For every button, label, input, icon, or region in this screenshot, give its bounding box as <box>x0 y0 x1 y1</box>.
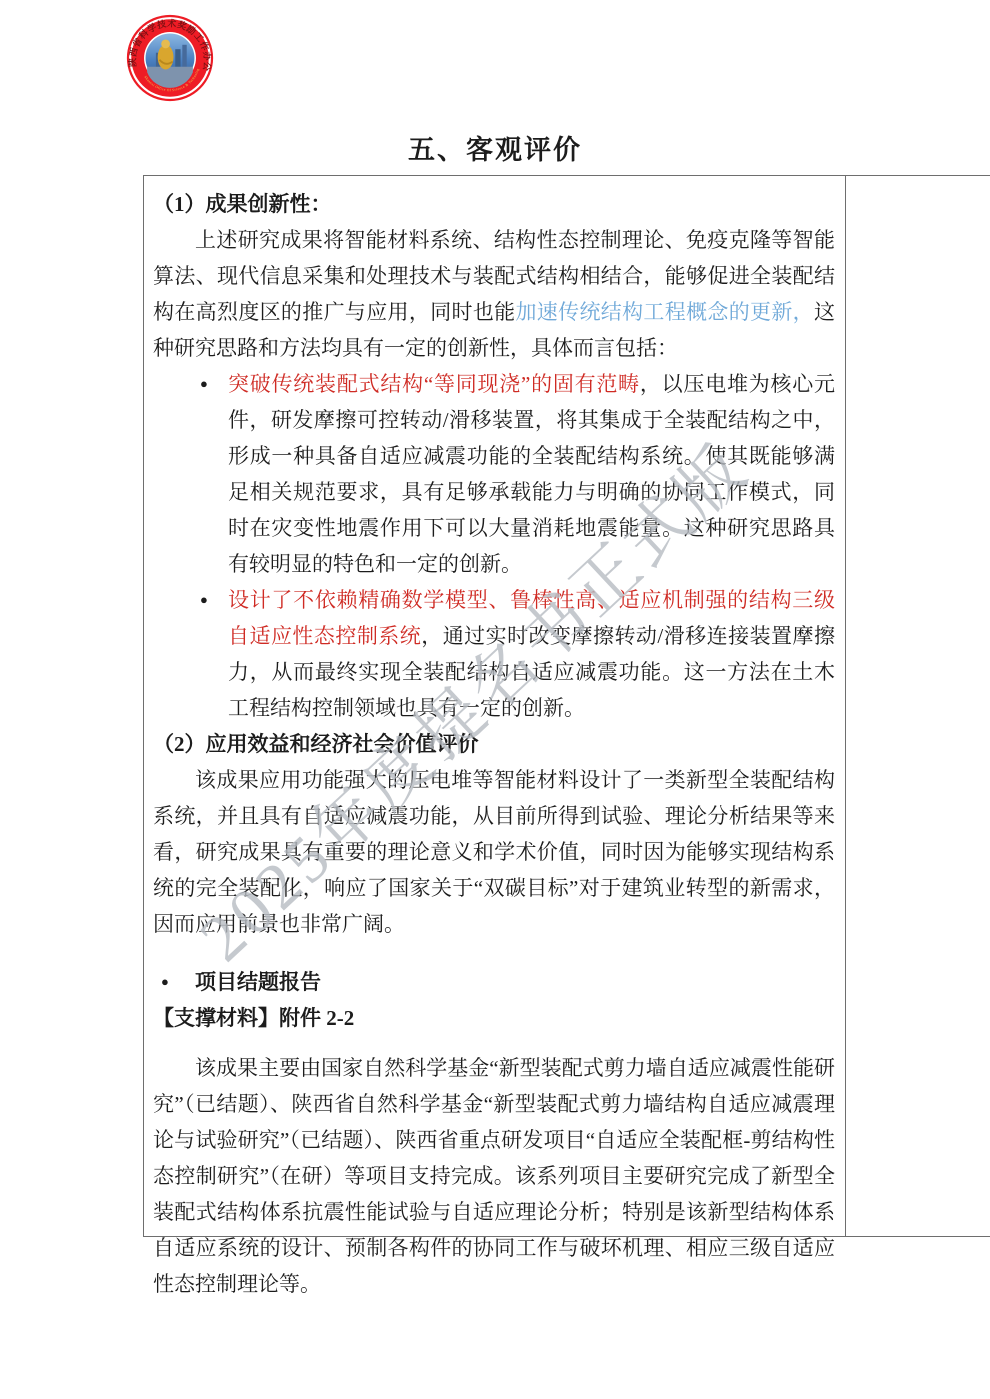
evaluation-table: （1）成果创新性： 上述研究成果将智能材料系统、结构性态控制理论、免疫克隆等智能… <box>143 175 990 1237</box>
page-title: 五、客观评价 <box>0 128 990 167</box>
seal-statue-head <box>161 40 170 49</box>
seal-statue <box>158 45 174 70</box>
support-material-label: 【支撑材料】附件 2-2 <box>153 1000 835 1036</box>
seal-building <box>175 49 180 68</box>
text-run: 突破传统装配式结构“等同现浇”的固有范畴 <box>228 372 640 396</box>
report-heading-label: 项目结题报告 <box>195 970 321 994</box>
innovation-bullet-2-text: 设计了不依赖精确数学模型、鲁棒性高、适应机制强的结构三级自适应性态控制系统，通过… <box>228 582 835 726</box>
text-run: 加速传统结构工程概念的更新， <box>515 300 814 324</box>
section2-heading: （2）应用效益和经济社会价值评价 <box>153 726 835 762</box>
org-seal: 陕西省科学技术奖励工作办公室 Shaanxi Office Of Science… <box>126 14 214 102</box>
text-run: ，以压电堆为核心元件，研发摩擦可控转动/滑移装置，将其集成于全装配结构之中，形成… <box>228 372 835 576</box>
section1-intro-paragraph: 上述研究成果将智能材料系统、结构性态控制理论、免疫克隆等智能算法、现代信息采集和… <box>153 222 835 366</box>
bullet-icon: ● <box>161 964 169 1000</box>
innovation-bullet-1-text: 突破传统装配式结构“等同现浇”的固有范畴，以压电堆为核心元件，研发摩擦可控转动/… <box>228 366 835 582</box>
bullet-icon: ● <box>200 582 208 618</box>
bullet-icon: ● <box>200 366 208 402</box>
seal-building <box>182 45 186 69</box>
innovation-bullet-1: ● 突破传统装配式结构“等同现浇”的固有范畴，以压电堆为核心元件，研发摩擦可控转… <box>153 366 835 582</box>
innovation-bullet-2: ● 设计了不依赖精确数学模型、鲁棒性高、适应机制强的结构三级自适应性态控制系统，… <box>153 582 835 726</box>
org-seal-graphic: 陕西省科学技术奖励工作办公室 Shaanxi Office Of Science… <box>126 14 214 102</box>
section1-heading: （1）成果创新性： <box>153 186 835 222</box>
section2-paragraph: 该成果应用功能强大的压电堆等智能材料设计了一类新型全装配结构系统，并且具有自适应… <box>153 762 835 942</box>
document-page: 陕西省科学技术奖励工作办公室 Shaanxi Office Of Science… <box>0 0 990 1399</box>
report-paragraph: 该成果主要由国家自然科学基金“新型装配式剪力墙自适应减震性能研究”（已结题）、陕… <box>153 1050 835 1302</box>
empty-side-cell <box>846 176 990 1236</box>
report-bullet-heading: ● 项目结题报告 <box>153 964 835 1000</box>
evaluation-content-cell: （1）成果创新性： 上述研究成果将智能材料系统、结构性态控制理论、免疫克隆等智能… <box>144 176 846 1236</box>
